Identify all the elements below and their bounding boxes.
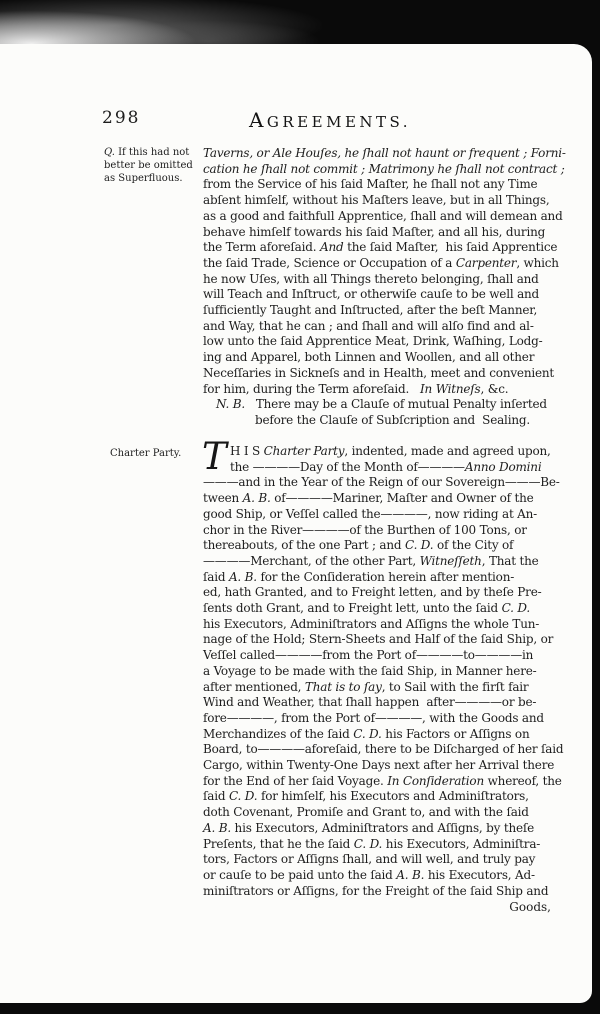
text-line: will Teach and Inſtruct, or otherwiſe ca… xyxy=(203,287,555,303)
text-line: his Executors, Adminiſtrators and Aſſign… xyxy=(203,617,555,633)
text-line: tors, Factors or Aſſigns ſhall, and will… xyxy=(203,852,555,868)
text-line: as a good and faithfull Apprentice, ſhal… xyxy=(203,209,555,225)
text-line: the Term aforeſaid. And the ſaid Maſter,… xyxy=(203,240,555,256)
page-number: 298 xyxy=(102,108,140,128)
text-line: he now Uſes, with all Things thereto bel… xyxy=(203,272,555,288)
text-line: ed, hath Granted, and to Freight letten,… xyxy=(203,585,555,601)
text-line: A. B. his Executors, Adminiſtrators and … xyxy=(203,821,555,837)
text-line: miniſtrators or Aſſigns, for the Freight… xyxy=(203,884,555,900)
text-line: as Superfluous. xyxy=(104,172,206,185)
text-line: doth Covenant, Promiſe and Grant to, and… xyxy=(203,805,555,821)
text-line: before the Clauſe of Subſcription and Se… xyxy=(203,413,555,429)
text-line: Merchandizes of the ſaid C. D. his Facto… xyxy=(203,727,555,743)
text-line: ————Merchant, of the other Part, Witneſſ… xyxy=(203,554,555,570)
text-line: Charter Party. xyxy=(110,447,212,460)
text-line: better be omitted xyxy=(104,159,206,172)
text-line: Board, to————aforeſaid, there to be Diſc… xyxy=(203,742,555,758)
text-line: for the End of her ſaid Voyage. In Conſi… xyxy=(203,774,555,790)
text-line: H I S Charter Party, indented, made and … xyxy=(203,444,555,460)
text-line: after mentioned, That is to ſay, to Sail… xyxy=(203,680,555,696)
book-page: 298 AGREEMENTS. Q. If this had notbetter… xyxy=(0,44,592,1003)
text-line: and Way, that he can ; and ſhall and wil… xyxy=(203,319,555,335)
text-line: cation he ſhall not commit ; Matrimony h… xyxy=(203,162,555,178)
text-line: fore————, from the Port of————, with the… xyxy=(203,711,555,727)
margin-note-superfluous: Q. If this had notbetter be omittedas Su… xyxy=(104,146,206,185)
margin-note-charter-party: Charter Party. xyxy=(110,447,212,460)
paragraph-charter-party: H I S Charter Party, indented, made and … xyxy=(203,444,555,899)
text-line: low unto the ſaid Apprentice Meat, Drink… xyxy=(203,334,555,350)
text-line: a Voyage to be made with the ſaid Ship, … xyxy=(203,664,555,680)
text-line: or cauſe to be paid unto the ſaid A. B. … xyxy=(203,868,555,884)
text-line: nage of the Hold; Stern-Sheets and Half … xyxy=(203,632,555,648)
text-line: Wind and Weather, that ſhall happen afte… xyxy=(203,695,555,711)
catchword: Goods, xyxy=(203,900,551,914)
text-line: Preſents, that he the ſaid C. D. his Exe… xyxy=(203,837,555,853)
text-line: ſents doth Grant, and to Freight lett, u… xyxy=(203,601,555,617)
text-line: Neceſſaries in Sickneſs and in Health, m… xyxy=(203,366,555,382)
text-line: tween A. B. of————Mariner, Maſter and Ow… xyxy=(203,491,555,507)
text-line: good Ship, or Veſſel called the————, now… xyxy=(203,507,555,523)
text-line: Veſſel called————from the Port of————to—… xyxy=(203,648,555,664)
scan-border-noise xyxy=(0,0,520,46)
paragraph-apprentice-clause: Taverns, or Ale Houſes, he ſhall not hau… xyxy=(203,146,555,429)
text-line: ſaid A. B. for the Conſideration herein … xyxy=(203,570,555,586)
text-line: Q. If this had not xyxy=(104,146,206,159)
text-line: ———and in the Year of the Reign of our S… xyxy=(203,475,555,491)
text-line: ſaid C. D. for himſelf, his Executors an… xyxy=(203,789,555,805)
text-line: from the Service of his ſaid Maſter, he … xyxy=(203,177,555,193)
running-header-title: AGREEMENTS. xyxy=(240,108,420,132)
text-line: Cargo, within Twenty-One Days next after… xyxy=(203,758,555,774)
text-line: N. B. There may be a Clauſe of mutual Pe… xyxy=(203,397,555,413)
text-line: for him, during the Term aforeſaid. In W… xyxy=(203,382,555,398)
text-line: ſufficiently Taught and Inſtructed, afte… xyxy=(203,303,555,319)
text-line: behave himſelf towards his ſaid Maſter, … xyxy=(203,225,555,241)
text-line: the ————Day of the Month of————Anno Domi… xyxy=(203,460,555,476)
text-line: the ſaid Trade, Science or Occupation of… xyxy=(203,256,555,272)
text-line: ing and Apparel, both Linnen and Woollen… xyxy=(203,350,555,366)
text-line: Taverns, or Ale Houſes, he ſhall not hau… xyxy=(203,146,555,162)
text-line: chor in the River————of the Burthen of 1… xyxy=(203,523,555,539)
text-line: abſent himſelf, without his Maſters leav… xyxy=(203,193,555,209)
text-line: thereabouts, of the one Part ; and C. D.… xyxy=(203,538,555,554)
